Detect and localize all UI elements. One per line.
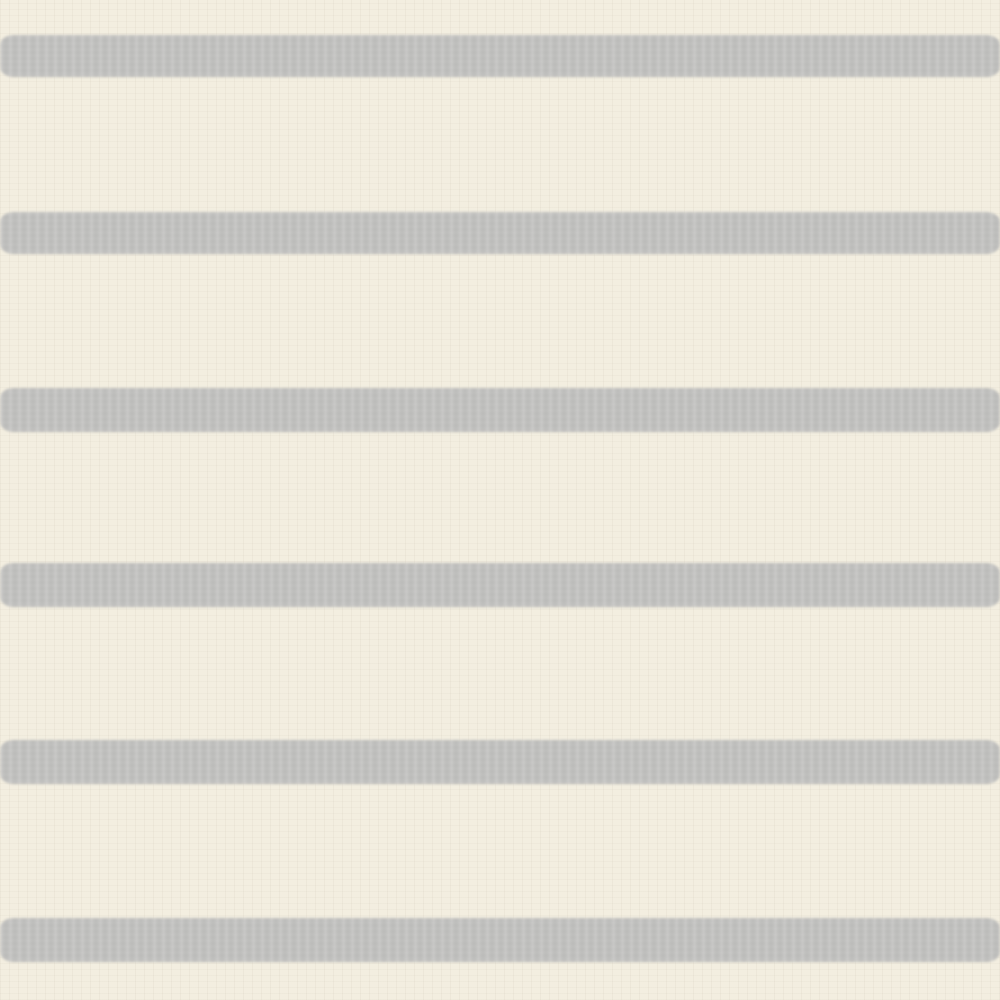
knit-fabric-texture	[0, 0, 1000, 1000]
grey-stripe-2	[0, 212, 1000, 254]
grey-stripe-3	[0, 388, 1000, 432]
grey-stripe-1	[0, 35, 1000, 77]
grey-stripe-5	[0, 740, 1000, 784]
grey-stripe-6	[0, 918, 1000, 962]
grey-stripe-4	[0, 563, 1000, 607]
